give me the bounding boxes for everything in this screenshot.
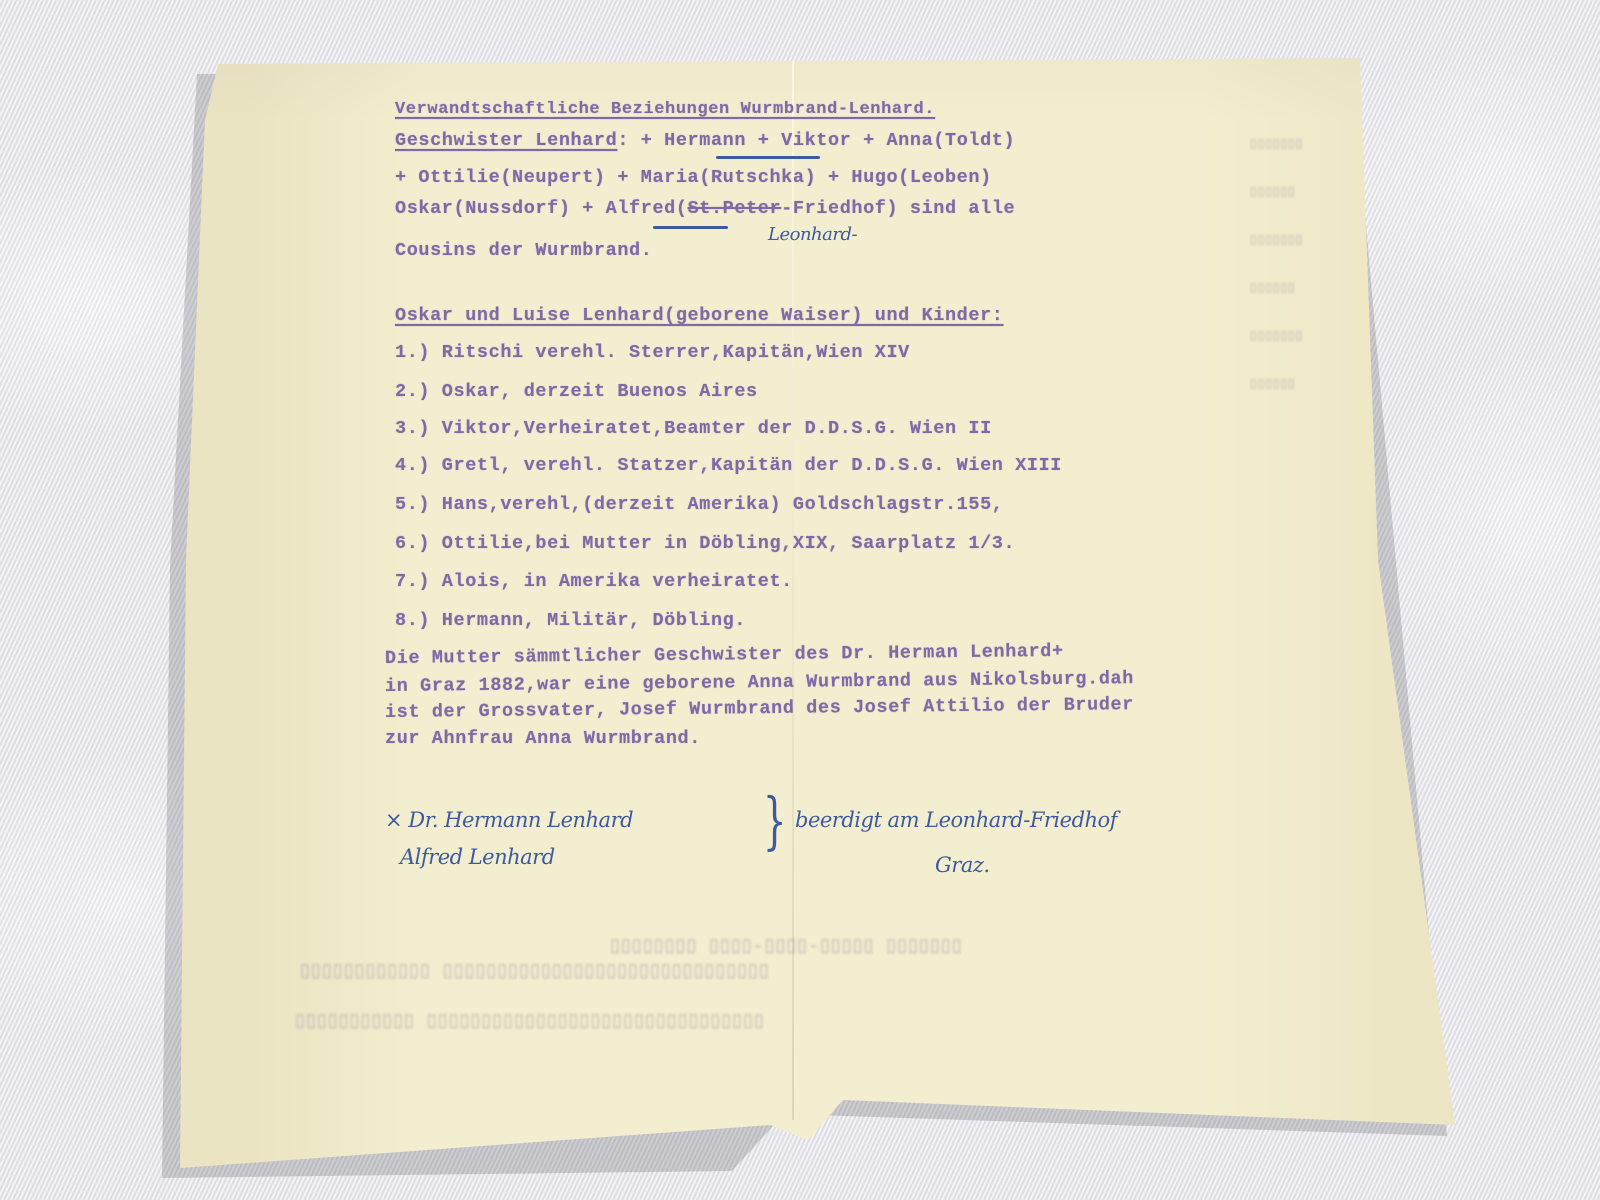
child-3: 3.) Viktor,Verheiratet,Beamter der D.D.S… xyxy=(395,418,992,439)
child-4: 4.) Gretl, verehl. Statzer,Kapitän der D… xyxy=(395,455,1062,476)
child-5: 5.) Hans,verehl,(derzeit Amerika) Goldsc… xyxy=(395,494,1004,515)
child-6: 6.) Ottilie,bei Mutter in Döbling,XIX, S… xyxy=(395,533,1015,554)
paragraph-line-4: zur Ahnfrau Anna Wurmbrand. xyxy=(385,728,701,749)
siblings-line-4: Cousins der Wurmbrand. xyxy=(395,240,652,261)
child-8: 8.) Hermann, Militär, Döbling. xyxy=(395,610,746,631)
child-1: 1.) Ritschi verehl. Sterrer,Kapitän,Wien… xyxy=(395,342,910,363)
bleed-through-margin: ▯▯▯▯▯▯▯▯▯▯▯▯▯▯▯▯▯▯▯▯▯▯▯▯▯▯▯▯▯▯▯▯▯▯▯▯▯▯▯ xyxy=(1250,120,1450,408)
handwritten-name-1: × Dr. Hermann Lenhard xyxy=(385,808,633,832)
handwritten-name-2: Alfred Lenhard xyxy=(400,845,555,869)
handwritten-burial-text: beerdigt am Leonhard-Friedhof xyxy=(795,808,1117,832)
siblings-line-3: Oskar(Nussdorf) + Alfred(St.Peter-Friedh… xyxy=(395,198,1015,219)
bleed-through-text: ▯▯▯▯▯▯▯▯▯▯▯ ▯▯▯▯▯▯▯▯▯▯▯▯▯▯▯▯▯▯▯▯▯▯▯▯▯▯▯▯… xyxy=(295,1010,765,1032)
child-2: 2.) Oskar, derzeit Buenos Aires xyxy=(395,381,758,402)
family-heading: Oskar und Luise Lenhard(geborene Waiser)… xyxy=(395,305,1004,326)
siblings-line-2: + Ottilie(Neupert) + Maria(Rutschka) + H… xyxy=(395,167,992,188)
siblings-line-1: Geschwister Lenhard: + Hermann + Viktor … xyxy=(395,130,1015,151)
bleed-through-text: ▯▯▯▯▯▯▯▯ ▯▯▯▯-▯▯▯▯-▯▯▯▯▯ ▯▯▯▯▯▯▯ xyxy=(610,935,963,957)
struck-text: St.Peter xyxy=(688,198,782,219)
pen-underline-hermann xyxy=(716,156,820,159)
handwritten-insert: Leonhard- xyxy=(768,224,857,245)
siblings-heading: Geschwister Lenhard xyxy=(395,130,617,151)
document-title: Verwandtschaftliche Beziehungen Wurmbran… xyxy=(395,100,935,119)
bleed-through-text: ▯▯▯▯▯▯▯▯▯▯▯▯ ▯▯▯▯▯▯▯▯▯▯▯▯▯▯▯▯▯▯▯▯▯▯▯▯▯▯▯… xyxy=(300,960,770,982)
child-7: 7.) Alois, in Amerika verheiratet. xyxy=(395,571,793,592)
pen-underline-alfred xyxy=(653,226,728,229)
handwritten-place: Graz. xyxy=(935,853,990,877)
curly-brace-mark: } xyxy=(763,790,787,852)
